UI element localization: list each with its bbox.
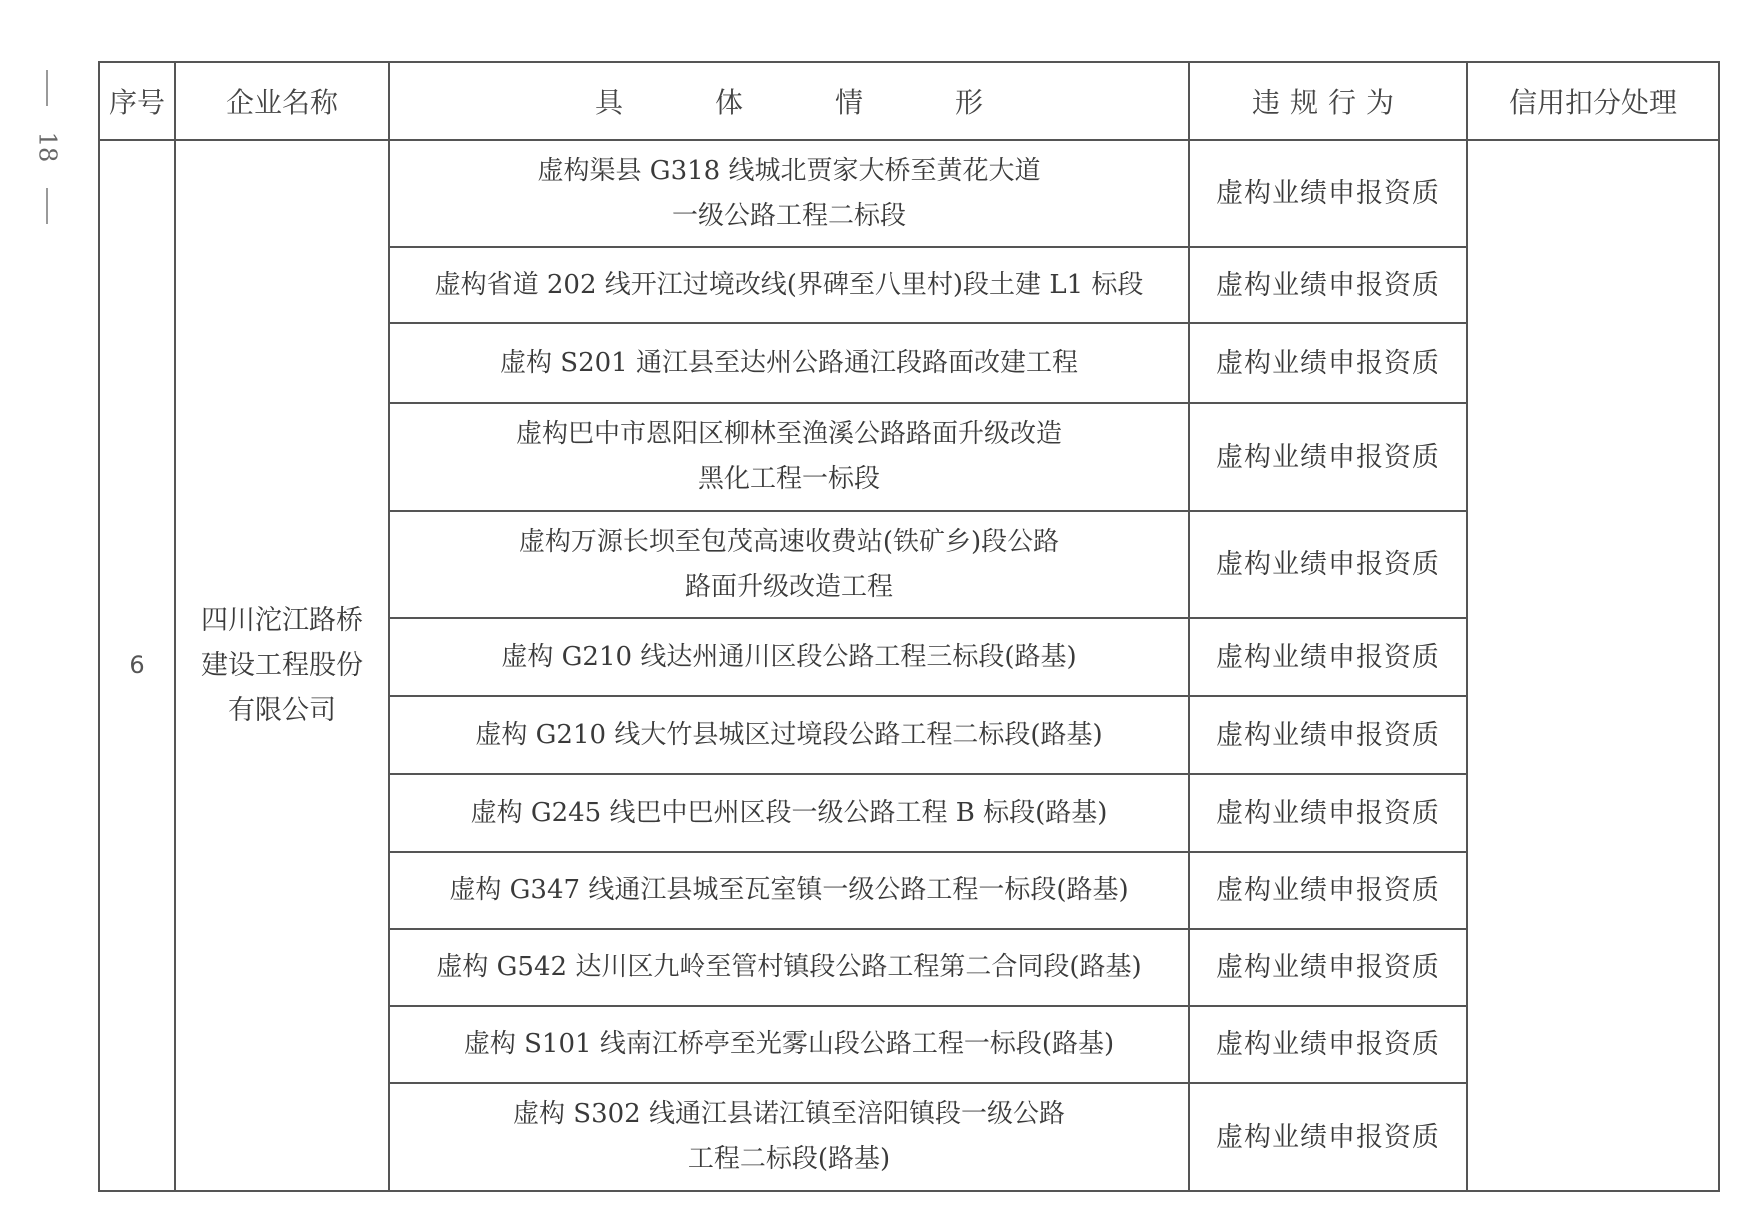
cell-seq: 6 — [99, 140, 175, 1191]
detail-line: 虚构 G210 线达州通川区段公路工程三标段(路基) — [390, 635, 1188, 680]
cell-violation: 虚构业绩申报资质 — [1189, 852, 1467, 929]
cell-penalty — [1467, 140, 1719, 1191]
cell-detail: 虚构 G245 线巴中巴州区段一级公路工程 B 标段(路基) — [389, 774, 1189, 852]
header-violation: 违规行为 — [1189, 62, 1467, 140]
detail-line: 虚构 G347 线通江县城至瓦室镇一级公路工程一标段(路基) — [390, 868, 1188, 913]
cell-violation: 虚构业绩申报资质 — [1189, 774, 1467, 852]
cell-detail: 虚构 G210 线大竹县城区过境段公路工程二标段(路基) — [389, 696, 1189, 774]
cell-violation: 虚构业绩申报资质 — [1189, 696, 1467, 774]
company-name-line: 建设工程股份 — [176, 643, 388, 688]
detail-line: 路面升级改造工程 — [390, 565, 1188, 610]
detail-line: 虚构 S201 通江县至达州公路通江段路面改建工程 — [390, 341, 1188, 386]
cell-detail: 虚构 G347 线通江县城至瓦室镇一级公路工程一标段(路基) — [389, 852, 1189, 929]
detail-line: 虚构渠县 G318 线城北贾家大桥至黄花大道 — [390, 149, 1188, 194]
cell-violation: 虚构业绩申报资质 — [1189, 929, 1467, 1006]
table-body: 6四川沱江路桥建设工程股份有限公司虚构渠县 G318 线城北贾家大桥至黄花大道一… — [99, 140, 1719, 1191]
company-name-line: 四川沱江路桥 — [176, 598, 388, 643]
cell-detail: 虚构巴中市恩阳区柳林至渔溪公路路面升级改造黑化工程一标段 — [389, 403, 1189, 511]
detail-line: 一级公路工程二标段 — [390, 194, 1188, 239]
cell-violation: 虚构业绩申报资质 — [1189, 1006, 1467, 1083]
detail-line: 虚构 S302 线通江县诺江镇至涪阳镇段一级公路 — [390, 1092, 1188, 1137]
violations-table: 序号 企业名称 具体情形 违规行为 信用扣分处理 6四川沱江路桥建设工程股份有限… — [98, 61, 1720, 1192]
cell-detail: 虚构 S302 线通江县诺江镇至涪阳镇段一级公路工程二标段(路基) — [389, 1083, 1189, 1191]
page-number: 18 — [32, 70, 62, 250]
cell-violation: 虚构业绩申报资质 — [1189, 403, 1467, 511]
detail-line: 黑化工程一标段 — [390, 457, 1188, 502]
header-detail: 具体情形 — [389, 62, 1189, 140]
cell-violation: 虚构业绩申报资质 — [1189, 511, 1467, 618]
cell-detail: 虚构 S201 通江县至达州公路通江段路面改建工程 — [389, 323, 1189, 403]
header-company: 企业名称 — [175, 62, 389, 140]
cell-detail: 虚构 G542 达川区九岭至管村镇段公路工程第二合同段(路基) — [389, 929, 1189, 1006]
detail-line: 虚构巴中市恩阳区柳林至渔溪公路路面升级改造 — [390, 412, 1188, 457]
page-number-value: 18 — [32, 132, 62, 163]
detail-line: 工程二标段(路基) — [390, 1137, 1188, 1182]
detail-line: 虚构万源长坝至包茂高速收费站(铁矿乡)段公路 — [390, 520, 1188, 565]
page-number-dash-top — [46, 70, 48, 106]
header-seq: 序号 — [99, 62, 175, 140]
page-number-dash-bottom — [46, 188, 48, 224]
company-name-line: 有限公司 — [176, 688, 388, 733]
cell-detail: 虚构省道 202 线开江过境改线(界碑至八里村)段土建 L1 标段 — [389, 247, 1189, 323]
cell-violation: 虚构业绩申报资质 — [1189, 140, 1467, 247]
detail-line: 虚构 G542 达川区九岭至管村镇段公路工程第二合同段(路基) — [390, 945, 1188, 990]
detail-line: 虚构 G245 线巴中巴州区段一级公路工程 B 标段(路基) — [390, 791, 1188, 836]
cell-violation: 虚构业绩申报资质 — [1189, 1083, 1467, 1191]
cell-detail: 虚构万源长坝至包茂高速收费站(铁矿乡)段公路路面升级改造工程 — [389, 511, 1189, 618]
table-row: 6四川沱江路桥建设工程股份有限公司虚构渠县 G318 线城北贾家大桥至黄花大道一… — [99, 140, 1719, 247]
detail-line: 虚构省道 202 线开江过境改线(界碑至八里村)段土建 L1 标段 — [390, 263, 1188, 308]
cell-detail: 虚构 G210 线达州通川区段公路工程三标段(路基) — [389, 618, 1189, 696]
cell-violation: 虚构业绩申报资质 — [1189, 618, 1467, 696]
cell-detail: 虚构 S101 线南江桥亭至光雾山段公路工程一标段(路基) — [389, 1006, 1189, 1083]
detail-line: 虚构 G210 线大竹县城区过境段公路工程二标段(路基) — [390, 713, 1188, 758]
cell-company-name: 四川沱江路桥建设工程股份有限公司 — [175, 140, 389, 1191]
cell-violation: 虚构业绩申报资质 — [1189, 247, 1467, 323]
cell-violation: 虚构业绩申报资质 — [1189, 323, 1467, 403]
header-penalty: 信用扣分处理 — [1467, 62, 1719, 140]
cell-detail: 虚构渠县 G318 线城北贾家大桥至黄花大道一级公路工程二标段 — [389, 140, 1189, 247]
table-header-row: 序号 企业名称 具体情形 违规行为 信用扣分处理 — [99, 62, 1719, 140]
detail-line: 虚构 S101 线南江桥亭至光雾山段公路工程一标段(路基) — [390, 1022, 1188, 1067]
